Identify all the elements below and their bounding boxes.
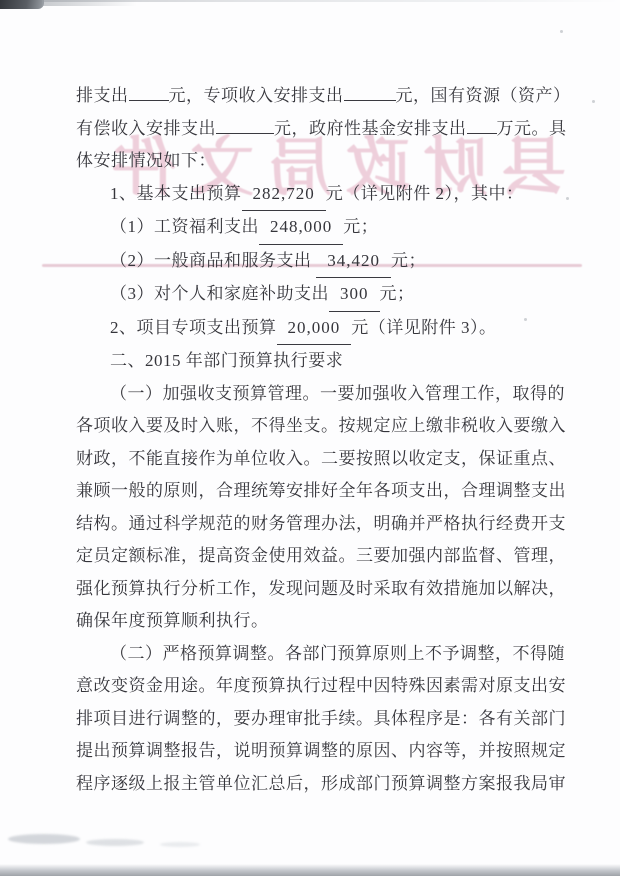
document-line: 体安排情况如下： [76,145,556,178]
document-line: 提出预算调整报告，说明预算调整的原因、内容等，并按照规定 [76,735,556,768]
text-segment: 元（详见附件 3）。 [351,318,496,337]
text-segment: 二、2015 年部门预算执行要求 [110,351,343,370]
document-line: 意改变资金用途。年度预算执行过程中因特殊因素需对原支出安 [76,670,556,703]
scan-artifact-speck [524,318,527,321]
document-line: 有偿收入安排支出元，政府性基金安排支出万元。具 [76,113,556,146]
document-line: 排项目进行调整的，要办理审批手续。具体程序是：各有关部门 [76,703,556,736]
scan-artifact-bottom-edge [0,864,620,876]
text-segment: （3）对个人和家庭补助支出 [110,284,329,303]
document-line: 财政，不能直接作为单位收入。二要按照以收定支，保证重点、 [76,443,556,476]
document-line: 兼顾一般的原则，合理统筹安排好全年各项支出，合理调整支出 [76,475,556,508]
scan-artifact-speck [592,100,595,103]
document-text-block: 排支出元，专项收入安排支出元，国有资源（资产）有偿收入安排支出元，政府性基金安排… [76,80,556,800]
text-segment: 1、基本支出预算 [110,184,242,203]
text-segment: 定员定额标准，提高资金使用效益。三要加强内部监督、管理， [76,546,566,565]
scanned-page: 县财政局文件 排支出元，专项收入安排支出元，国有资源（资产）有偿收入安排支出元，… [0,0,620,876]
scan-artifact-speck [566,197,569,200]
text-segment: （2）一般商品和服务支出 [110,251,316,270]
text-segment: 程序逐级上报主管单位汇总后，形成部门预算调整方案报我局审 [76,774,566,793]
text-segment: 财政，不能直接作为单位收入。二要按照以收定支，保证重点、 [76,449,566,468]
document-line: 确保年度预算顺利执行。 [76,605,556,638]
text-segment: （一）加强收支预算管理。一要加强收入管理工作，取得的 [110,384,565,403]
document-line: （二）严格预算调整。各部门预算原则上不予调整，不得随 [76,638,556,671]
blank-underline [467,119,497,134]
document-line: 1、基本支出预算282,720元（详见附件 2），其中： [76,178,556,212]
text-segment: 元； [380,284,415,303]
text-segment: 有偿收入安排支出 [76,119,216,138]
text-segment: 兼顾一般的原则，合理统筹安排好全年各项支出，合理调整支出 [76,481,566,500]
underlined-value: 248,000 [259,211,343,245]
blank-underline [129,86,169,101]
underlined-value: 282,720 [242,178,326,212]
underlined-value: 20,000 [277,312,352,346]
text-segment: 意改变资金用途。年度预算执行过程中因特殊因素需对原支出安 [76,676,566,695]
text-segment: 元，国有资源（资产） [396,86,571,105]
blank-underline [344,86,396,101]
text-segment: 元，政府性基金安排支出 [274,119,467,138]
text-segment: 元； [343,217,378,236]
document-line: 定员定额标准，提高资金使用效益。三要加强内部监督、管理， [76,540,556,573]
text-segment: 结构。通过科学规范的财务管理办法，明确并严格执行经费开支 [76,514,566,533]
scan-artifact-corner-streak [42,0,137,6]
text-segment: 强化预算执行分析工作，发现问题及时采取有效措施加以解决， [76,579,566,598]
text-segment: （1）工资福利支出 [110,217,259,236]
document-line: （2）一般商品和服务支出 34,420元； [76,245,556,279]
document-line: （1）工资福利支出248,000元； [76,211,556,245]
text-segment: 体安排情况如下： [76,151,216,170]
document-line: 强化预算执行分析工作，发现问题及时采取有效措施加以解决， [76,573,556,606]
text-segment: 排支出 [76,86,129,105]
underlined-value: 34,420 [316,245,391,279]
blank-underline [216,119,274,134]
text-segment: （二）严格预算调整。各部门预算原则上不予调整，不得随 [110,644,565,663]
text-segment: 元（详见附件 2），其中： [326,184,524,203]
text-segment: 确保年度预算顺利执行。 [76,611,269,630]
text-segment: 元； [391,251,426,270]
scan-artifact-speck [560,30,563,33]
text-segment: 万元。具 [497,119,567,138]
document-line: 程序逐级上报主管单位汇总后，形成部门预算调整方案报我局审 [76,768,556,801]
scan-artifact-corner-mark [0,0,44,9]
document-line: （3）对个人和家庭补助支出300元； [76,278,556,312]
text-segment: 排项目进行调整的，要办理审批手续。具体程序是：各有关部门 [76,709,566,728]
document-line: 二、2015 年部门预算执行要求 [76,345,556,378]
text-segment: 提出预算调整报告，说明预算调整的原因、内容等，并按照规定 [76,741,566,760]
document-line: （一）加强收支预算管理。一要加强收入管理工作，取得的 [76,378,556,411]
scan-artifact-smudge [8,834,80,844]
text-segment: 2、项目专项支出预算 [110,318,277,337]
scan-artifact-smudge [86,839,144,846]
document-line: 结构。通过科学规范的财务管理办法，明确并严格执行经费开支 [76,508,556,541]
underlined-value: 300 [329,278,380,312]
document-line: 各项收入要及时入账，不得坐支。按规定应上缴非税收入要缴入 [76,410,556,443]
document-line: 排支出元，专项收入安排支出元，国有资源（资产） [76,80,556,113]
document-line: 2、项目专项支出预算20,000元（详见附件 3）。 [76,312,556,346]
scan-artifact-smudge [160,842,200,847]
text-segment: 各项收入要及时入账，不得坐支。按规定应上缴非税收入要缴入 [76,416,566,435]
text-segment: 元，专项收入安排支出 [169,86,344,105]
